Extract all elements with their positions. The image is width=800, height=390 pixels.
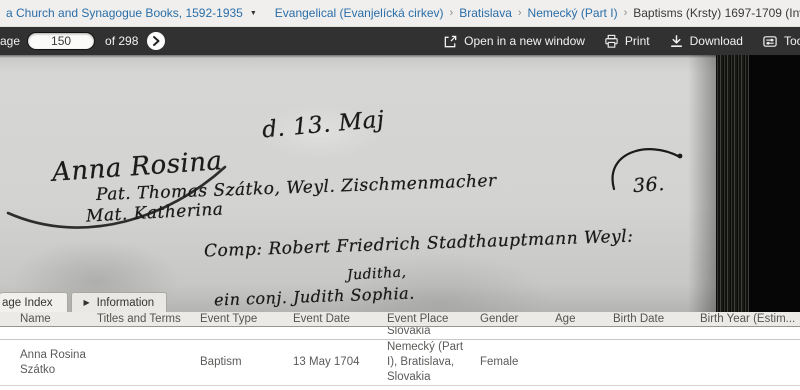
- download-label: Download: [690, 34, 743, 48]
- row-event-type: Baptism: [195, 355, 285, 370]
- download-button[interactable]: Download: [669, 34, 743, 49]
- print-icon: [604, 34, 619, 49]
- breadcrumb-separator: ›: [624, 7, 628, 19]
- table-row-partial[interactable]: Slovakia: [0, 327, 800, 340]
- column-event-type: Event Type: [195, 312, 285, 327]
- next-image-button[interactable]: [147, 32, 165, 50]
- tab-image-index[interactable]: age Index: [0, 292, 68, 312]
- column-event-place: Event Place: [380, 312, 475, 327]
- column-event-date: Event Date: [285, 312, 380, 327]
- manuscript-page-number: 36.: [632, 173, 665, 197]
- book-page-edges: [716, 55, 749, 312]
- tab-image-index-label: age Index: [2, 297, 53, 309]
- breadcrumb-separator: ›: [518, 7, 522, 19]
- download-icon: [669, 34, 684, 49]
- page-count-label: of 298: [105, 34, 138, 48]
- breadcrumb-collection[interactable]: a Church and Synagogue Books, 1592-1935: [6, 6, 243, 20]
- toolbar-actions: Open in a new window Print Download: [443, 27, 800, 55]
- open-in-new-window-label: Open in a new window: [464, 34, 585, 48]
- column-gender: Gender: [475, 312, 548, 327]
- page-edge-shadow: [688, 55, 718, 312]
- manuscript-witness-line: Juditha,: [347, 264, 407, 283]
- tools-label: Tools: [784, 34, 800, 48]
- image-index-panel: Name Titles and Terms Event Type Event D…: [0, 312, 800, 390]
- row-gender: Female: [475, 355, 548, 370]
- breadcrumb-parish[interactable]: Nemecký (Part I): [528, 6, 618, 20]
- row-name: Anna Rosina Szátko: [0, 348, 90, 378]
- play-triangle-icon: ▶: [84, 298, 90, 307]
- breadcrumb-current-volume: Baptisms (Krsty) 1697-1709 (Inv. č. 607): [633, 6, 800, 20]
- table-row[interactable]: Anna Rosina Szátko Baptism 13 May 1704 N…: [0, 340, 800, 386]
- partial-event-place: Slovakia: [380, 327, 475, 339]
- breadcrumb-separator: ›: [450, 7, 454, 19]
- tab-information-label: Information: [97, 297, 155, 309]
- tab-information[interactable]: ▶ Information: [71, 292, 168, 312]
- column-birth-year: Birth Year (Estim...: [695, 312, 800, 327]
- manuscript-image-viewport[interactable]: d. 13. Maj Anna Rosina Pat. Thomas Szátk…: [0, 55, 800, 312]
- print-label: Print: [625, 34, 650, 48]
- page-number-input[interactable]: [27, 32, 95, 50]
- bottom-panel-tabs: age Index ▶ Information: [0, 292, 167, 312]
- viewer-toolbar: age of 298 Open in a new window Print: [0, 27, 800, 55]
- manuscript-godparent-line: Comp: Robert Friedrich Stadthauptmann We…: [204, 227, 634, 262]
- column-titles-and-terms: Titles and Terms: [90, 312, 195, 327]
- breadcrumb: a Church and Synagogue Books, 1592-1935 …: [0, 0, 800, 27]
- scan-background: [749, 55, 800, 312]
- breadcrumb-city[interactable]: Bratislava: [459, 6, 512, 20]
- column-birth-date: Birth Date: [608, 312, 695, 327]
- column-age: Age: [548, 312, 608, 327]
- manuscript-date-line: d. 13. Maj: [261, 107, 385, 144]
- chevron-right-icon: [150, 35, 162, 47]
- column-name: Name: [0, 312, 90, 327]
- page-label: age: [0, 34, 20, 48]
- breadcrumb-church[interactable]: Evangelical (Evanjelícká cirkev): [275, 6, 444, 20]
- open-in-new-window-button[interactable]: Open in a new window: [443, 34, 585, 49]
- chevron-down-icon[interactable]: ▼: [250, 10, 257, 17]
- open-in-new-window-icon: [443, 34, 458, 49]
- index-table-header: Name Titles and Terms Event Type Event D…: [0, 312, 800, 327]
- print-button[interactable]: Print: [604, 34, 650, 49]
- row-event-date: 13 May 1704: [285, 355, 380, 370]
- tools-sliders-icon: [762, 34, 778, 49]
- manuscript-spouse-line: ein conj. Judith Sophia.: [214, 284, 415, 310]
- row-event-place: Nemecký (Part I), Bratislava, Slovakia: [380, 340, 475, 385]
- tools-button[interactable]: Tools: [762, 34, 800, 49]
